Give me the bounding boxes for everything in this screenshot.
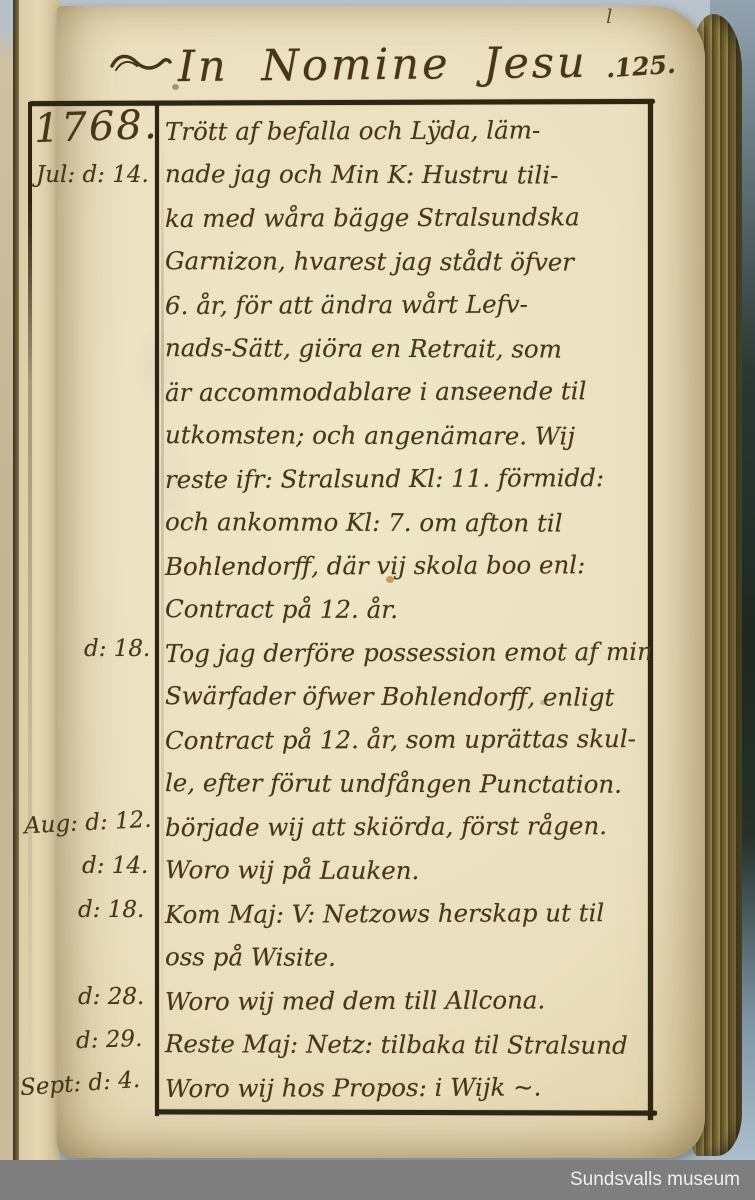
flourish-icon	[110, 50, 172, 80]
diary-text-line: Reste Maj: Netz: tilbaka til Stralsund	[165, 1022, 647, 1067]
diary-text-column: Trött af befalla och Lÿda, läm- nade jag…	[165, 109, 647, 1110]
diary-text-line: Woro wij på Lauken.	[165, 848, 647, 893]
diary-text-line: Contract på 12. år.	[165, 587, 647, 632]
diary-text-line: Woro wij med dem till Allcona.	[165, 978, 647, 1024]
margin-year: 1768.	[33, 102, 159, 152]
frame-right-rule	[648, 101, 653, 1120]
page-number: .125.	[605, 50, 676, 84]
margin-date: d: 18.	[78, 897, 144, 923]
diary-text-line: ka med wåra bägge Stralsundska	[165, 195, 647, 241]
diary-text-line: Bohlendorff, där vij skola boo enl:	[165, 543, 647, 589]
frame-left-rule	[28, 102, 32, 1102]
diary-text-line: oss på Wisite.	[165, 935, 647, 980]
margin-date: d: 29.	[76, 1026, 143, 1054]
diary-text-line: Woro wij hos Propos: i Wijk ~.	[165, 1065, 647, 1111]
diary-text-line: nads-Sätt, giöra en Retrait, som	[165, 326, 647, 371]
header-title: In Nomine Jesu	[178, 38, 588, 92]
book-photo: In Nomine Jesu .125. l 1768. Jul: d: 14.…	[0, 0, 755, 1200]
ink-mark: l	[606, 4, 612, 28]
museum-credit-bar: Sundsvalls museum	[0, 1160, 755, 1200]
diary-text-line: reste ifr: Stralsund Kl: 11. förmidd:	[165, 456, 647, 502]
diary-text-line: le, efter förut undfången Punctation.	[165, 761, 647, 806]
diary-text-line: Swärfader öfwer Bohlendorff, enligt	[165, 674, 647, 719]
margin-date: d: 14.	[82, 853, 148, 879]
diary-text-line: är accommodablare i anseende til	[165, 369, 647, 415]
diary-text-line: och ankommo Kl: 7. om afton til	[165, 500, 647, 545]
frame-divider-rule	[155, 102, 159, 1116]
diary-text-line: började wij att skiörda, först rågen.	[165, 804, 647, 850]
diary-text-line: Tog jag derföre possession emot af min	[165, 630, 647, 676]
margin-date: d: 18.	[84, 636, 150, 662]
diary-text-line: Trött af befalla och Lÿda, läm-	[165, 108, 647, 154]
diary-text-line: utkomsten; och angenämare. Wij	[165, 413, 647, 458]
paper-crease	[161, 126, 164, 1106]
diary-text-line: nade jag och Min K: Hustru tili-	[165, 152, 647, 197]
margin-date: Jul: d: 14.	[36, 162, 149, 188]
page-header: In Nomine Jesu	[110, 30, 670, 100]
diary-text-line: 6. år, för att ändra wårt Lefv-	[165, 282, 647, 328]
museum-credit-text: Sundsvalls museum	[570, 1169, 740, 1191]
left-page-stack-edge	[0, 0, 14, 1160]
diary-text-line: Contract på 12. år, som uprättas skul-	[165, 717, 647, 763]
margin-date: d: 28.	[78, 984, 144, 1010]
diary-text-line: Kom Maj: V: Netzows herskap ut til	[165, 891, 647, 937]
diary-text-line: Garnizon, hvarest jag stådt öfver	[165, 239, 647, 284]
